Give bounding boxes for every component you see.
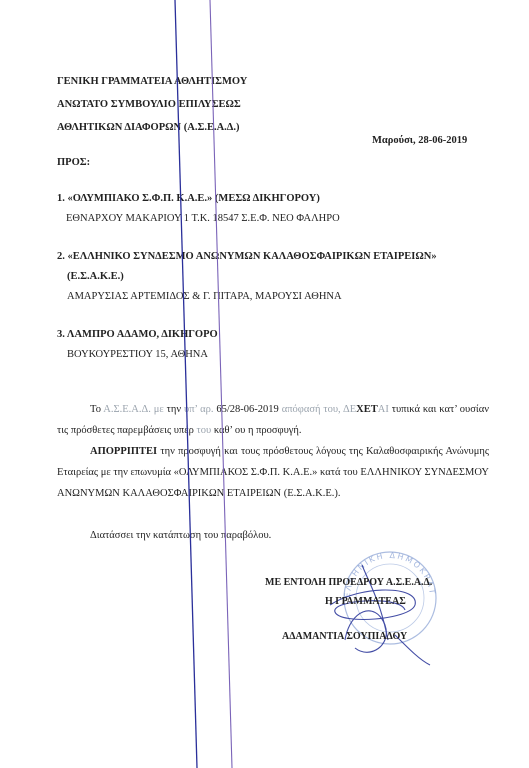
header-council-sub: ΑΘΛΗΤΙΚΩΝ ΔΙΑΦΟΡΩΝ (Α.Σ.Ε.Α.Δ.)	[57, 121, 239, 134]
official-stamp: ΕΛΛΗΝΙΚΗ ΔΗΜΟΚΡΑΤΙΑ	[0, 0, 437, 644]
recipient-2-name: 2. «ΕΛΛΗΝΙΚΟ ΣΥΝΔΕΣΜΟ ΑΝΩΝΥΜΩΝ ΚΑΛΑΘΟΣΦΑ…	[57, 250, 437, 263]
pen-line-2	[210, 0, 232, 768]
markings-overlay: ΕΛΛΗΝΙΚΗ ΔΗΜΟΚΡΑΤΙΑ	[0, 0, 529, 768]
text-run: καθ’ ου η προσφυγή.	[214, 425, 302, 436]
signature-title: Η ΓΡΑΜΜΑΤΕΑΣ	[325, 596, 406, 607]
text-run: 65/28-06-2019	[216, 404, 281, 415]
document-date: Μαρούσι, 28-06-2019	[372, 134, 467, 147]
text-run: απόφασή του,	[282, 404, 343, 415]
recipient-1-address: ΕΘΝΑΡΧΟΥ ΜΑΚΑΡΙΟΥ 1 Τ.Κ. 18547 Σ.Ε.Φ. ΝΕ…	[66, 212, 340, 225]
decision-paragraph-fee: Διατάσσει την κατάπτωση του παραβόλου.	[57, 525, 489, 546]
decision-paragraph-accept: Το Α.Σ.Ε.Α.Δ. με την υπ’ αρ. 65/28-06-20…	[57, 399, 489, 441]
decision-paragraph-reject: ΑΠΟΡΡΙΠΤΕΙ την προσφυγή και τους πρόσθετ…	[57, 441, 489, 504]
recipient-3-address: ΒΟΥΚΟΥΡΕΣΤΙΟΥ 15, ΑΘΗΝΑ	[67, 348, 208, 361]
header-council: ΑΝΩΤΑΤΟ ΣΥΜΒΟΥΛΙΟ ΕΠΙΛΥΣΕΩΣ	[57, 98, 241, 111]
recipient-2-address: ΑΜΑΡΥΣΙΑΣ ΑΡΤΕΜΙΔΟΣ & Γ. ΠΙΤΑΡΑ, ΜΑΡΟΥΣΙ…	[67, 290, 342, 303]
recipient-2-abbr: (Ε.Σ.Α.Κ.Ε.)	[67, 270, 124, 283]
text-run: ΑΙ	[378, 404, 392, 415]
text-run: ΔΕ	[343, 404, 356, 415]
header-ministry: ΓΕΝΙΚΗ ΓΡΑΜΜΑΤΕΙΑ ΑΘΛΗΤΙΣΜΟΥ	[57, 75, 247, 88]
text-run: υπ’ αρ.	[184, 404, 216, 415]
text-run: Το	[90, 404, 103, 415]
text-run: Α.Σ.Ε.Α.Δ. με	[103, 404, 166, 415]
reject-keyword: ΑΠΟΡΡΙΠΤΕΙ	[90, 446, 157, 457]
recipient-3-name: 3. ΛΑΜΠΡΟ ΑΔΑΜΟ, ΔΙΚΗΓΟΡΟ	[57, 328, 218, 341]
to-label: ΠΡΟΣ:	[57, 156, 90, 169]
pen-line-1	[175, 0, 197, 768]
text-run: την	[167, 404, 184, 415]
signature-authority: ΜΕ ΕΝΤΟΛΗ ΠΡΟΕΔΡΟΥ Α.Σ.Ε.Α.Δ.	[265, 577, 432, 588]
text-run: ΧΕΤ	[356, 404, 378, 415]
signatory-name: ΑΔΑΜΑΝΤΙΑ ΣΟΥΠΙΑΔΟΥ	[282, 631, 407, 642]
text-run: του	[197, 425, 214, 436]
recipient-1-name: 1. «ΟΛΥΜΠΙΑΚΟ Σ.Φ.Π. Κ.Α.Ε.» (ΜΕΣΩ ΔΙΚΗΓ…	[57, 192, 320, 205]
